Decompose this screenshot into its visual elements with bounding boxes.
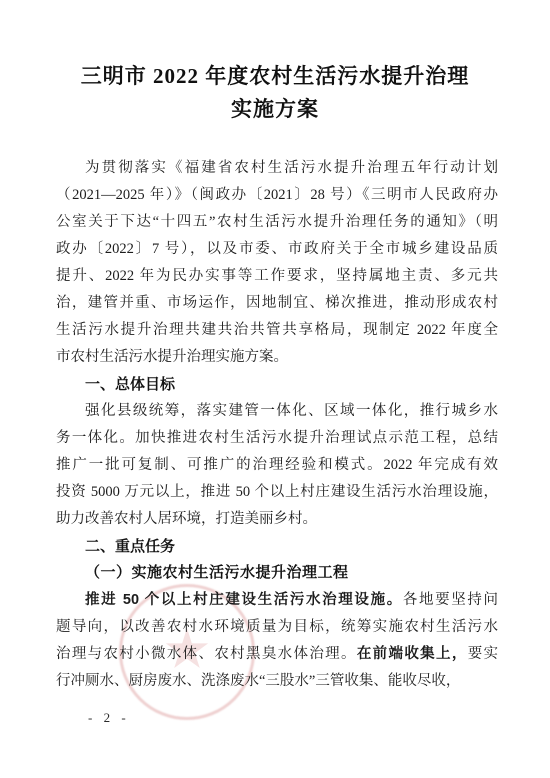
body-text: 要实	[468, 646, 498, 662]
body-text: 市农村生活污水提升治理实施方案。	[56, 349, 288, 365]
text-line: 二、重点任务	[56, 533, 498, 560]
body-text: 政办〔2022〕7 号），以及市委、市政府关于全市城乡建设品质	[56, 241, 498, 257]
text-line: （2021—2025 年）》（闽政办〔2021〕28 号）《三明市人民政府办	[56, 182, 498, 209]
text-line: 强化县级统筹，落实建管一体化、区域一体化，推行城乡水	[56, 398, 498, 425]
body-text: 推广一批可复制、可推广的治理经验和模式。2022 年完成有效	[56, 457, 498, 473]
text-line: 助力改善农村人居环境，打造美丽乡村。	[56, 506, 498, 533]
text-line: 推广一批可复制、可推广的治理经验和模式。2022 年完成有效	[56, 452, 498, 479]
text-line: 务一体化。加快推进农村生活污水提升治理试点示范工程，总结	[56, 425, 498, 452]
document-page: 三明市 2022 年度农村生活污水提升治理 实施方案 为贯彻落实《福建省农村生活…	[0, 0, 550, 778]
paragraph: 为贯彻落实《福建省农村生活污水提升治理五年行动计划（2021—2025 年）》（…	[56, 155, 498, 371]
text-line: 公室关于下达“十四五”农村生活污水提升治理任务的通知》（明	[56, 209, 498, 236]
document-body: 为贯彻落实《福建省农村生活污水提升治理五年行动计划（2021—2025 年）》（…	[56, 155, 498, 695]
text-line: 提升、2022 年为民办实事等工作要求，坚持属地主责、多元共	[56, 263, 498, 290]
heading: 一、总体目标	[56, 371, 498, 398]
bold-emphasis-text: 在前端收集上，	[357, 646, 468, 662]
page-number: - 2 -	[88, 710, 130, 726]
subheading: （一）实施农村生活污水提升治理工程	[56, 560, 498, 587]
title-line-1: 三明市 2022 年度农村生活污水提升治理	[0, 60, 550, 93]
body-text: （2021—2025 年）》（闽政办〔2021〕28 号）《三明市人民政府办	[56, 187, 498, 203]
text-line: 治理与农村小微水体、农村黑臭水体治理。在前端收集上，要实	[56, 641, 498, 668]
text-line: 生活污水提升治理共建共治共管共享格局，现制定 2022 年度全	[56, 317, 498, 344]
body-text: 题导向，以改善农村水环境质量为目标，统筹实施农村生活污水	[56, 619, 498, 635]
body-text: 务一体化。加快推进农村生活污水提升治理试点示范工程，总结	[56, 430, 498, 446]
text-line: （一）实施农村生活污水提升治理工程	[56, 560, 498, 587]
bold-emphasis-text: 推进 50 个以上村庄建设生活污水治理设施。	[85, 592, 403, 608]
heading: 二、重点任务	[56, 533, 498, 560]
text-line: 投资 5000 万元以上，推进 50 个以上村庄建设生活污水治理设施，	[56, 479, 498, 506]
text-line: 行冲厕水、厨房废水、洗涤废水“三股水”三管收集、能收尽收，	[56, 668, 498, 695]
body-text: （一）实施农村生活污水提升治理工程	[85, 565, 349, 581]
text-line: 一、总体目标	[56, 371, 498, 398]
body-text: 公室关于下达“十四五”农村生活污水提升治理任务的通知》（明	[56, 214, 498, 230]
bold-emphasis-text: 一、总体目标	[85, 376, 175, 393]
paragraph: 强化县级统筹，落实建管一体化、区域一体化，推行城乡水务一体化。加快推进农村生活污…	[56, 398, 498, 533]
paragraph: 推进 50 个以上村庄建设生活污水治理设施。各地要坚持问题导向，以改善农村水环境…	[56, 587, 498, 695]
text-line: 治，建管并重、市场运作，因地制宜、梯次推进，推动形成农村	[56, 290, 498, 317]
body-text: 各地要坚持问	[403, 592, 498, 608]
body-text: 投资 5000 万元以上，推进 50 个以上村庄建设生活污水治理设施，	[56, 484, 498, 500]
body-text: 为贯彻落实《福建省农村生活污水提升治理五年行动计划	[85, 160, 498, 176]
body-text: 助力改善农村人居环境，打造美丽乡村。	[56, 511, 317, 527]
body-text: 提升、2022 年为民办实事等工作要求，坚持属地主责、多元共	[56, 268, 498, 284]
bold-emphasis-text: 二、重点任务	[85, 538, 175, 555]
body-text: 生活污水提升治理共建共治共管共享格局，现制定 2022 年度全	[56, 322, 498, 338]
text-line: 市农村生活污水提升治理实施方案。	[56, 344, 498, 371]
document-title: 三明市 2022 年度农村生活污水提升治理 实施方案	[0, 60, 550, 126]
text-line: 政办〔2022〕7 号），以及市委、市政府关于全市城乡建设品质	[56, 236, 498, 263]
title-line-2: 实施方案	[0, 93, 550, 126]
body-text: 强化县级统筹，落实建管一体化、区域一体化，推行城乡水	[85, 403, 498, 419]
body-text: 治理与农村小微水体、农村黑臭水体治理。	[56, 646, 357, 662]
body-text: 治，建管并重、市场运作，因地制宜、梯次推进，推动形成农村	[56, 295, 498, 311]
body-text: 行冲厕水、厨房废水、洗涤废水“三股水”三管收集、能收尽收，	[56, 673, 460, 689]
text-line: 推进 50 个以上村庄建设生活污水治理设施。各地要坚持问	[56, 587, 498, 614]
text-line: 为贯彻落实《福建省农村生活污水提升治理五年行动计划	[56, 155, 498, 182]
text-line: 题导向，以改善农村水环境质量为目标，统筹实施农村生活污水	[56, 614, 498, 641]
